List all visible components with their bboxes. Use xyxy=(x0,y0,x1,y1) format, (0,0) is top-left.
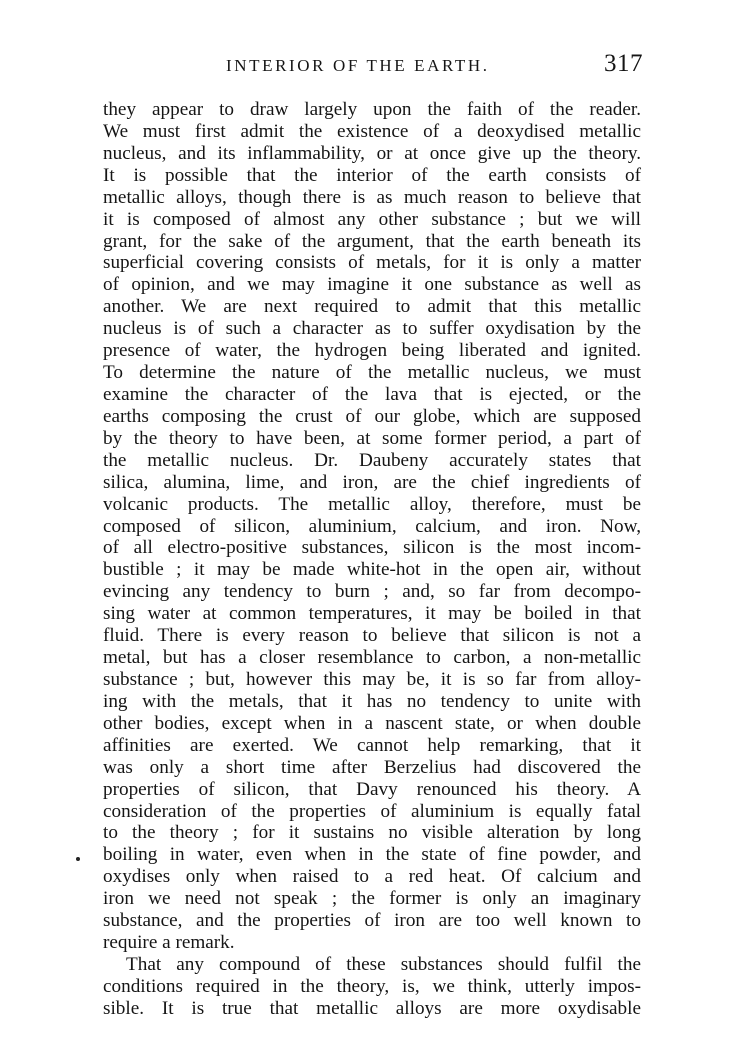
text-line: substance ; but, however this may be, it… xyxy=(103,669,641,691)
text-line: grant, for the sake of the argument, tha… xyxy=(103,231,641,253)
text-line: fluid. There is every reason to believe … xyxy=(103,625,641,647)
text-line: composed of silicon, aluminium, calcium,… xyxy=(103,516,641,538)
text-line: they appear to draw largely upon the fai… xyxy=(103,99,641,121)
text-line: the metallic nucleus. Dr. Daubeny accura… xyxy=(103,450,641,472)
text-line: affinities are exerted. We cannot help r… xyxy=(103,735,641,757)
text-line: iron we need not speak ; the former is o… xyxy=(103,888,641,910)
paragraph-2: That any compound of these substances sh… xyxy=(103,954,641,1020)
text-line: nucleus, and its inflammability, or at o… xyxy=(103,143,641,165)
text-line: other bodies, except when in a nascent s… xyxy=(103,713,641,735)
text-line: metal, but has a closer resemblance to c… xyxy=(103,647,641,669)
text-line: To determine the nature of the metallic … xyxy=(103,362,641,384)
running-title: INTERIOR OF THE EARTH. xyxy=(226,56,490,76)
body-text: they appear to draw largely upon the fai… xyxy=(103,99,641,1020)
text-line: ing with the metals, that it has no tend… xyxy=(103,691,641,713)
text-line: conditions required in the theory, is, w… xyxy=(103,976,641,998)
text-line: sing water at common temperatures, it ma… xyxy=(103,603,641,625)
text-line: oxydises only when raised to a red heat.… xyxy=(103,866,641,888)
text-line: earths composing the crust of our globe,… xyxy=(103,406,641,428)
page-number: 317 xyxy=(604,50,643,78)
text-line: metallic alloys, though there is as much… xyxy=(103,187,641,209)
text-line: examine the character of the lava that i… xyxy=(103,384,641,406)
text-line: another. We are next required to admit t… xyxy=(103,296,641,318)
text-line: silica, alumina, lime, and iron, are the… xyxy=(103,472,641,494)
text-line: superficial covering consists of metals,… xyxy=(103,252,641,274)
text-line: sible. It is true that metallic alloys a… xyxy=(103,998,641,1020)
text-line: of all electro-positive substances, sili… xyxy=(103,537,641,559)
text-line: was only a short time after Berzelius ha… xyxy=(103,757,641,779)
text-line: it is composed of almost any other subst… xyxy=(103,209,641,231)
text-line: require a remark. xyxy=(103,932,641,954)
book-page: INTERIOR OF THE EARTH. 317 they appear t… xyxy=(0,0,750,1050)
text-line: by the theory to have been, at some form… xyxy=(103,428,641,450)
text-line: That any compound of these substances sh… xyxy=(103,954,641,976)
text-line: volcanic products. The metallic alloy, t… xyxy=(103,494,641,516)
paragraph-1: they appear to draw largely upon the fai… xyxy=(103,99,641,954)
text-line: of opinion, and we may imagine it one su… xyxy=(103,274,641,296)
text-line: It is possible that the interior of the … xyxy=(103,165,641,187)
text-line: We must first admit the existence of a d… xyxy=(103,121,641,143)
text-line: properties of silicon, that Davy renounc… xyxy=(103,779,641,801)
running-head: INTERIOR OF THE EARTH. 317 xyxy=(103,50,643,82)
text-line: nucleus is of such a character as to suf… xyxy=(103,318,641,340)
text-line: evincing any tendency to burn ; and, so … xyxy=(103,581,641,603)
text-line: to the theory ; for it sustains no visib… xyxy=(103,822,641,844)
text-line: bustible ; it may be made white-hot in t… xyxy=(103,559,641,581)
text-line: presence of water, the hydrogen being li… xyxy=(103,340,641,362)
text-line: substance, and the properties of iron ar… xyxy=(103,910,641,932)
text-line: boiling in water, even when in the state… xyxy=(103,844,641,866)
text-line: consideration of the properties of alumi… xyxy=(103,801,641,823)
margin-speck xyxy=(76,857,80,861)
